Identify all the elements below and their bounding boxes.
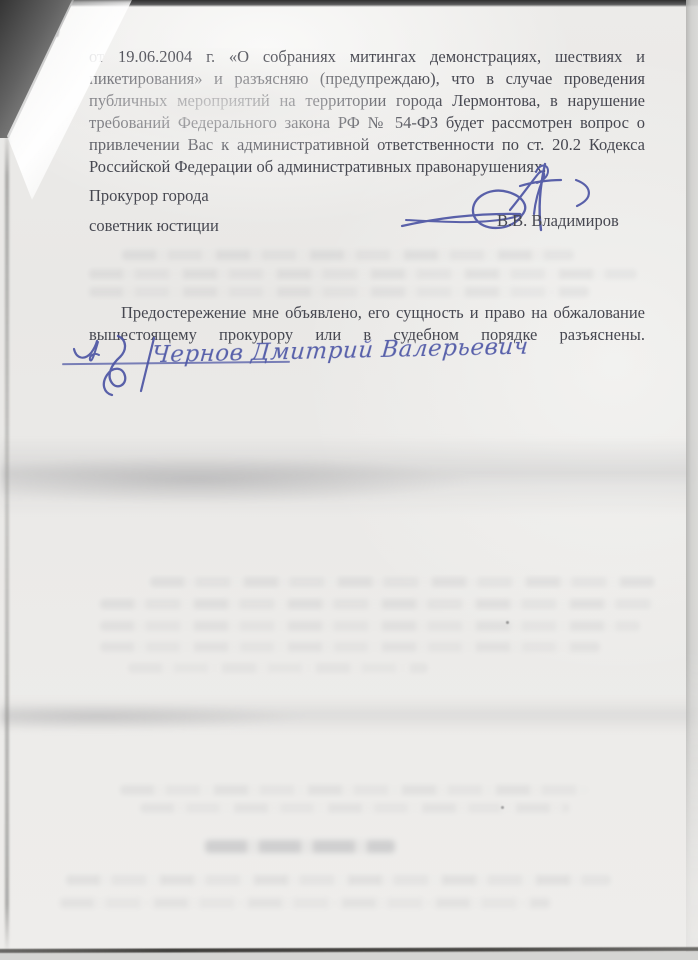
scanned-document-page: от 19.06.2004 г. «О собраниях митингах д… <box>0 0 698 960</box>
ink-speck <box>506 621 509 624</box>
citizen-signature-scribble <box>70 333 162 397</box>
prosecutor-title-line-2: советник юстиции <box>89 216 219 236</box>
bleedthrough-text-line <box>120 785 590 795</box>
bleedthrough-text-line <box>140 803 570 813</box>
scanner-background-strip <box>0 952 698 960</box>
paper-crease-2 <box>0 698 698 732</box>
bleedthrough-text-line <box>66 875 611 885</box>
page-left-edge-shadow <box>5 126 9 954</box>
prosecutor-name: В.В. Владимиров <box>497 211 619 231</box>
bleedthrough-text-line <box>128 663 428 673</box>
scan-fade-artifact <box>55 48 485 168</box>
bleedthrough-text-line <box>89 287 589 297</box>
bleedthrough-text-line <box>100 642 600 652</box>
bleedthrough-text-line <box>60 898 550 908</box>
bleedthrough-text-blob <box>205 840 395 853</box>
bleedthrough-text-line <box>100 599 656 609</box>
bleedthrough-text-line <box>150 577 655 587</box>
paper-crease-1 <box>0 436 698 516</box>
bleedthrough-text-line <box>122 250 574 260</box>
prosecutor-title-line-1: Прокурор города <box>89 186 209 206</box>
ink-speck <box>501 806 504 809</box>
acknowledgement-line-1: Предостережение мне объявлено, его сущно… <box>89 302 645 324</box>
bleedthrough-text-line <box>89 269 637 279</box>
bleedthrough-text-line <box>100 621 640 631</box>
page-right-edge-shadow <box>686 0 698 960</box>
